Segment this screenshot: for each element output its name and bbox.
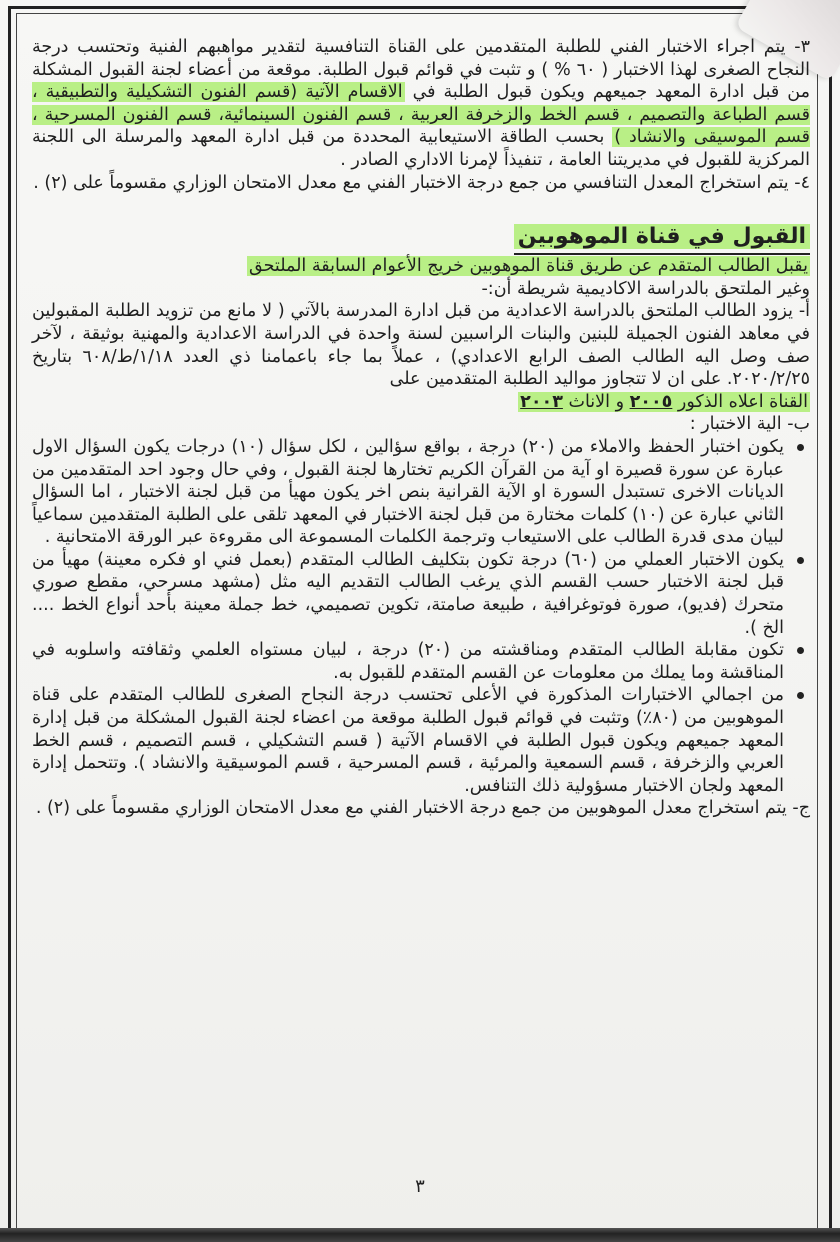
bullet-text: يكون اختبار الحفظ والاملاء من (٢٠) درجة … (32, 437, 784, 547)
section-heading: القبول في قناة الموهوبين (514, 221, 810, 255)
item-3: ٣- يتم اجراء الاختبار الفني للطلبة المتق… (32, 36, 810, 172)
point-a: أ- يزود الطالب الملتحق بالدراسة الاعدادي… (32, 300, 810, 413)
item-4: ٤- يتم استخراج المعدل التنافسي من جمع در… (32, 172, 810, 195)
point-a-text: يزود الطالب الملتحق بالدراسة الاعدادية م… (32, 301, 810, 389)
page-number: ٣ (405, 1176, 435, 1197)
male-birth-year: ٢٠٠٥ (630, 392, 673, 412)
point-a-label: أ- (799, 301, 810, 321)
bullet-icon (797, 444, 804, 451)
female-birth-year: ٢٠٠٣ (520, 392, 563, 412)
point-b-label: ب- (787, 414, 810, 434)
intro-rest: وغير الملتحق بالدراسة الاكاديمية شريطة أ… (481, 279, 810, 299)
bullet-text: من اجمالي الاختبارات المذكورة في الأعلى … (32, 685, 784, 795)
bullet-text: تكون مقابلة الطالب المتقدم ومناقشته من (… (32, 640, 784, 683)
point-b-title-text: الية الاختبار : (690, 414, 782, 434)
point-c-label: ج- (792, 798, 810, 818)
section-heading-text: القبول في قناة الموهوبين (514, 224, 810, 249)
hl-mid: و الاناث (568, 392, 624, 412)
list-item: يكون اختبار الحفظ والاملاء من (٢٠) درجة … (32, 436, 810, 549)
item-3-number: ٣- (794, 37, 810, 57)
intro-paragraph: يقبل الطالب المتقدم عن طريق قناة الموهوب… (32, 255, 810, 300)
scanned-page: ٣- يتم اجراء الاختبار الفني للطلبة المتق… (0, 0, 840, 1242)
hl-prefix: القناة اعلاه الذكور (678, 392, 808, 412)
item-4-number: ٤- (794, 173, 810, 193)
page-bottom-edge (0, 1228, 840, 1242)
intro-highlighted: يقبل الطالب المتقدم عن طريق قناة الموهوب… (247, 256, 810, 276)
point-b-title: ب- الية الاختبار : (32, 413, 810, 436)
bullet-text: يكون الاختبار العملي من (٦٠) درجة تكون ب… (32, 550, 784, 638)
list-item: تكون مقابلة الطالب المتقدم ومناقشته من (… (32, 639, 810, 684)
list-item: يكون الاختبار العملي من (٦٠) درجة تكون ب… (32, 549, 810, 639)
item-4-text: يتم استخراج المعدل التنافسي من جمع درجة … (33, 173, 788, 193)
bullet-icon (797, 647, 804, 654)
bullet-icon (797, 692, 804, 699)
birth-year-limits: القناة اعلاه الذكور ٢٠٠٥ و الاناث ٢٠٠٣ (518, 392, 810, 412)
point-c: ج- يتم استخراج معدل الموهوبين من جمع درج… (32, 797, 810, 820)
document-body: ٣- يتم اجراء الاختبار الفني للطلبة المتق… (32, 36, 810, 820)
bullet-icon (797, 557, 804, 564)
list-item: من اجمالي الاختبارات المذكورة في الأعلى … (32, 684, 810, 797)
test-mechanism-list: يكون اختبار الحفظ والاملاء من (٢٠) درجة … (32, 436, 810, 798)
point-c-text: يتم استخراج معدل الموهوبين من جمع درجة ا… (36, 798, 787, 818)
